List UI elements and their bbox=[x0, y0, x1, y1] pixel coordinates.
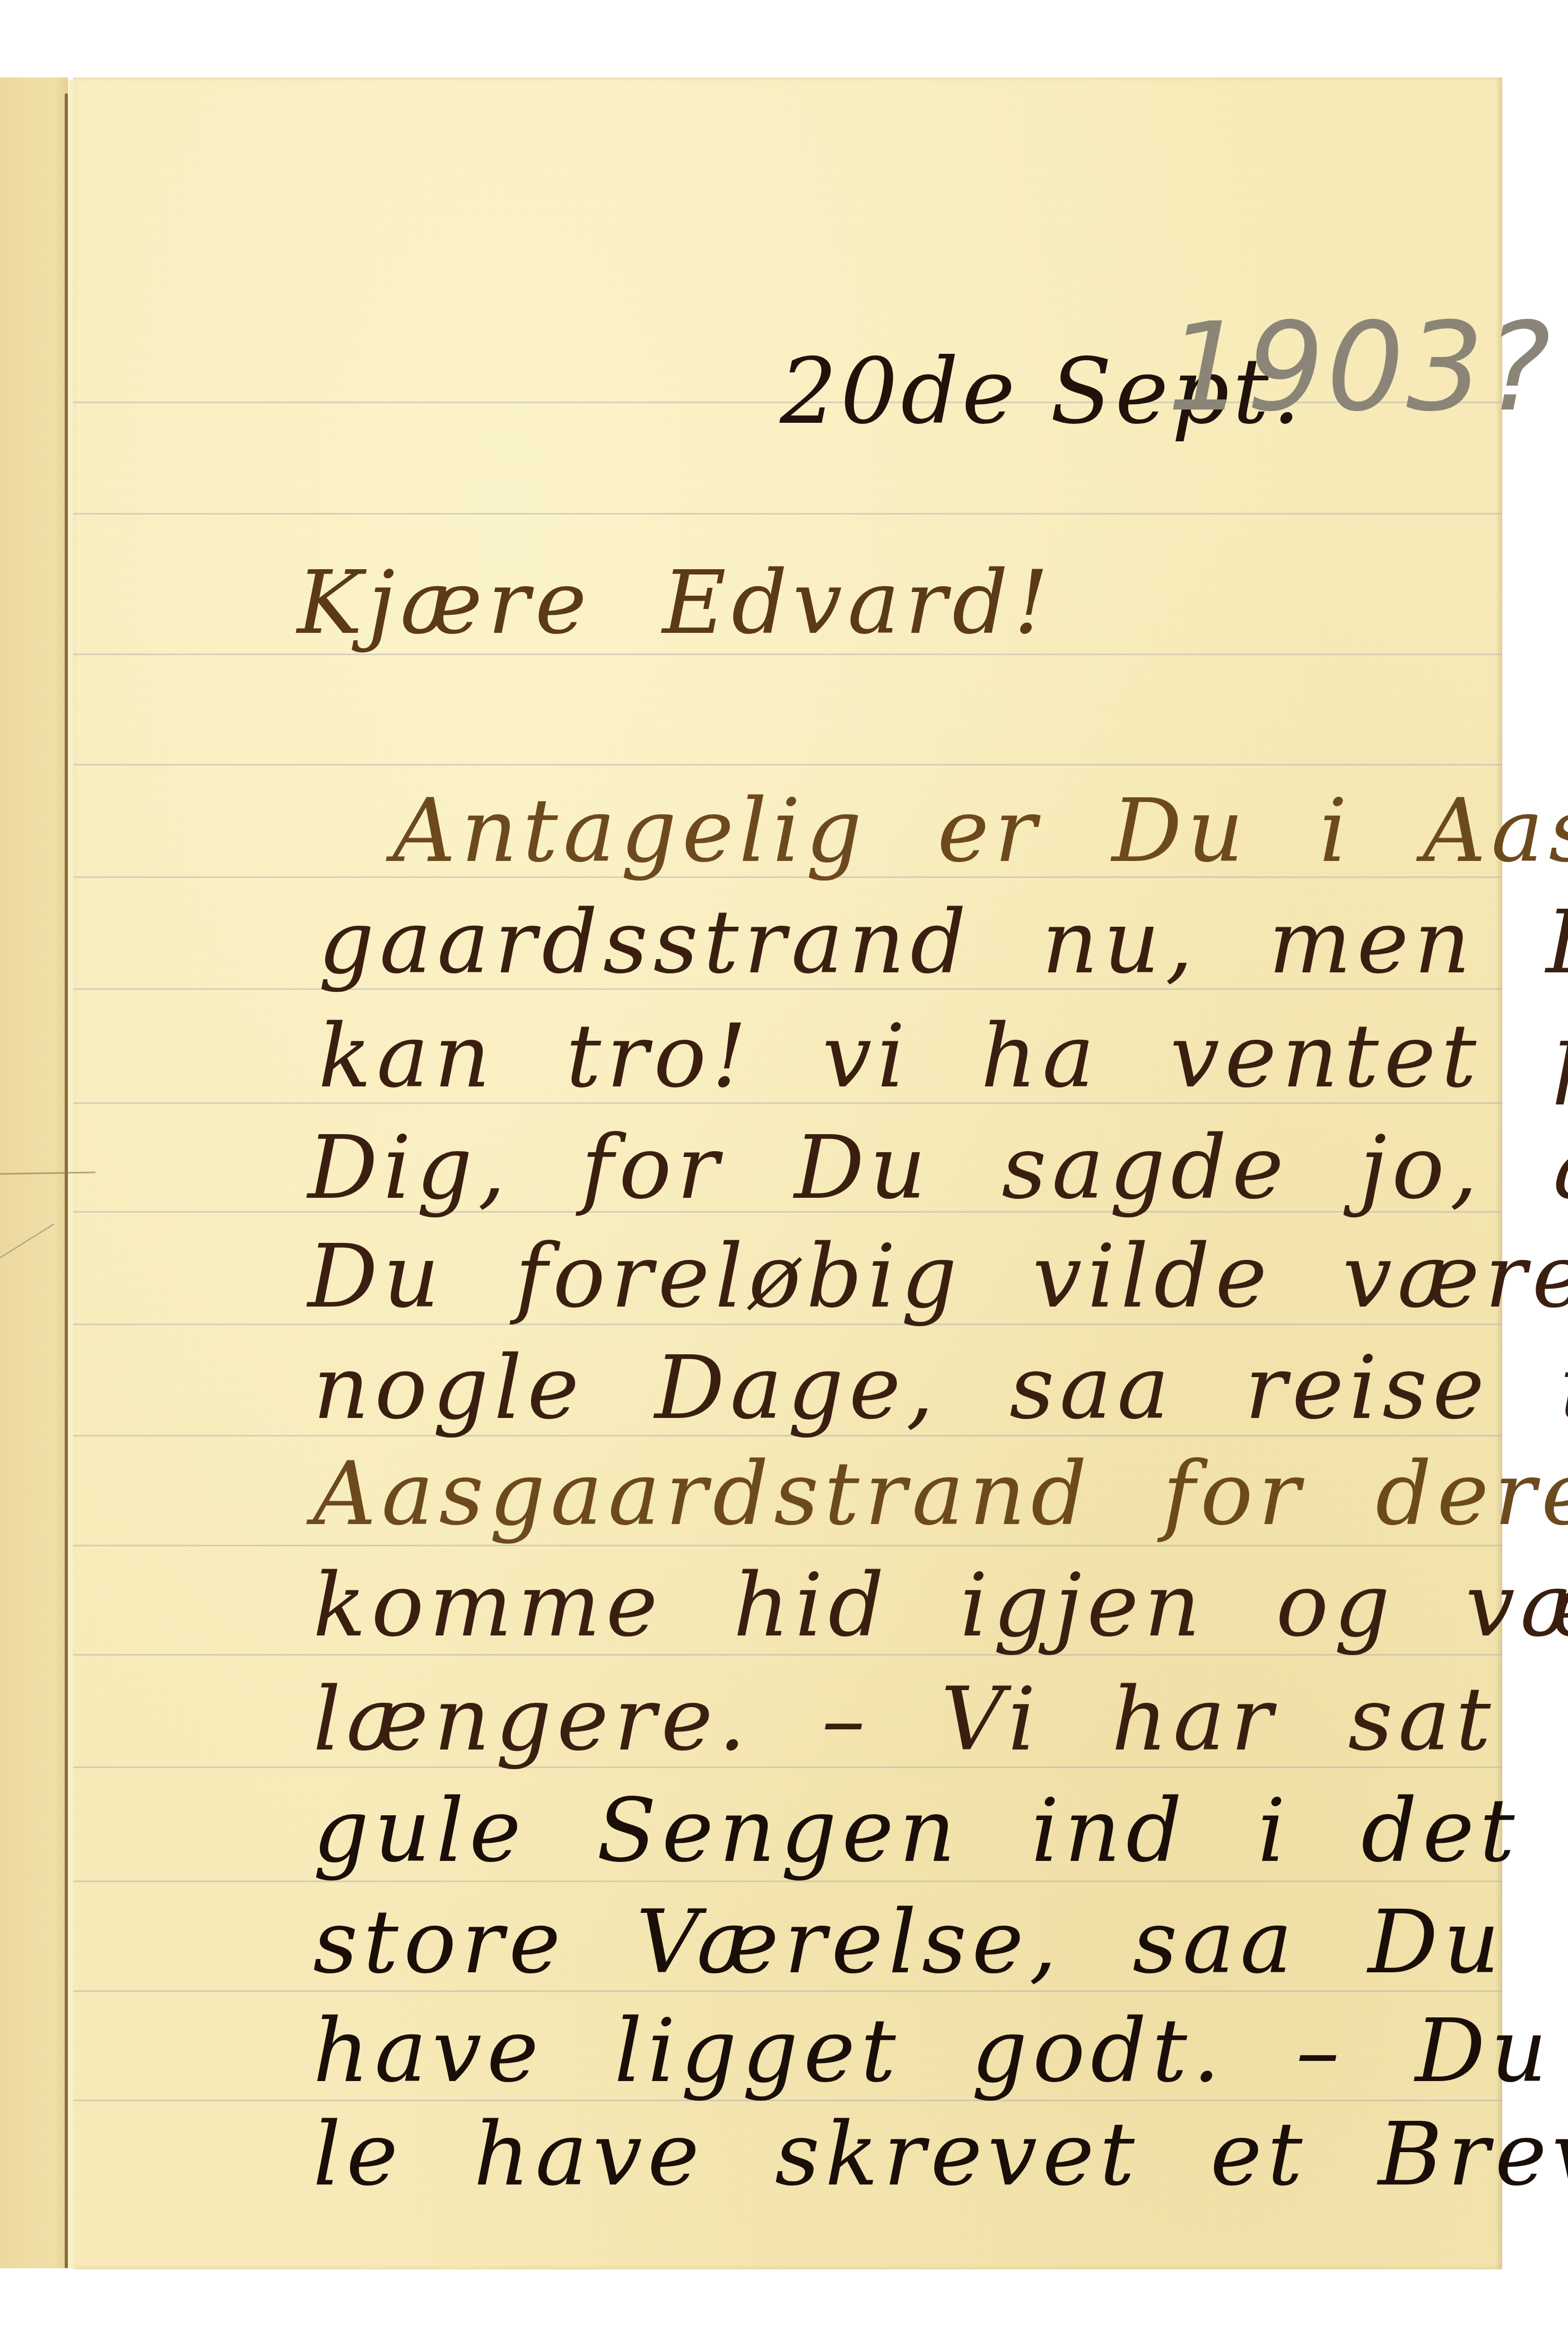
letter-line: komme hid igjen og være nogle bbox=[313, 1554, 1568, 1656]
letter-line: Aasgaardstrand for derefter at bbox=[313, 1443, 1568, 1545]
letter-line: gule Sengen ind i det bbox=[313, 1780, 1520, 1882]
letter-line: kan tro! vi ha ventet på bbox=[318, 1005, 1568, 1107]
salutation: Kjære Edvard! bbox=[297, 552, 1054, 654]
letter-line: Antagelig er Du i Aas- bbox=[393, 780, 1568, 882]
letter-line: længere. – Vi har sat den bbox=[313, 1668, 1568, 1770]
ruled-line bbox=[73, 1545, 1502, 1546]
ruled-line bbox=[73, 654, 1502, 655]
letter-line: gaardsstrand nu, men Du bbox=[318, 891, 1568, 993]
ruled-line bbox=[73, 764, 1502, 765]
pencil-year-annotation: 1903? bbox=[1167, 297, 1553, 439]
vertical-fold-crease bbox=[65, 93, 68, 2268]
letter-line: Dig, for Du sagde jo, at bbox=[308, 1117, 1568, 1218]
letter-line: store Værelse, saa Du skulle bbox=[313, 1891, 1568, 1993]
ruled-line bbox=[73, 513, 1502, 515]
letter-line: nogle Dage, saa reise til bbox=[313, 1337, 1568, 1439]
fold-highlight bbox=[68, 80, 76, 2268]
letter-line: Du foreløbig vilde være her bbox=[308, 1225, 1568, 1327]
letter-line: have ligget godt. – Du skul- bbox=[313, 2000, 1568, 2102]
letter-line: le have skrevet et Brev bbox=[313, 2103, 1568, 2205]
